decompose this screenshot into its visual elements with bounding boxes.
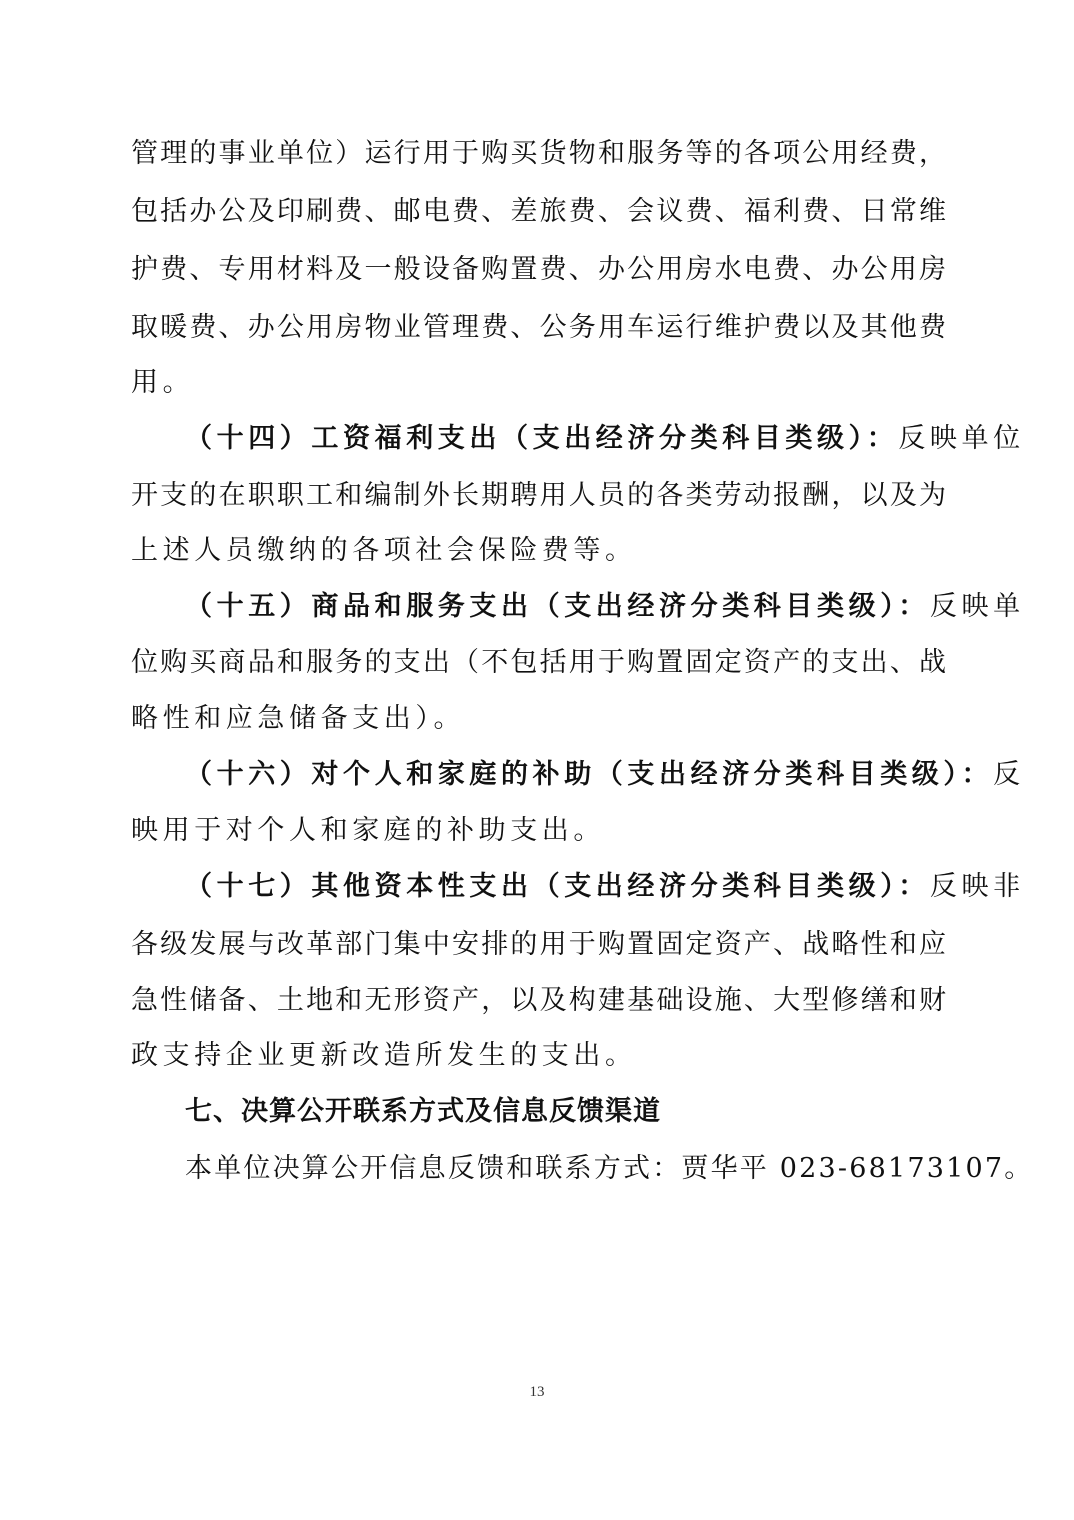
item-14-text: 反映单位 bbox=[898, 423, 1024, 454]
item-17-title: （十七）其他资本性支出（支出经济分类科目类级）： bbox=[185, 871, 930, 902]
document-page: 管理的事业单位）运行用于购买货物和服务等的各项公用经费， 包括办公及印刷费、邮电… bbox=[0, 0, 1074, 1520]
paragraph-line: 位购买商品和服务的支出（不包括用于购置固定资产的支出、战 bbox=[131, 643, 946, 683]
item-15-text: 反映单 bbox=[930, 591, 1025, 622]
item-16-text: 反 bbox=[993, 759, 1025, 790]
paragraph-line: 包括办公及印刷费、邮电费、差旅费、会议费、福利费、日常维 bbox=[131, 192, 946, 232]
item-17-first-line: （十七）其他资本性支出（支出经济分类科目类级）：反映非 bbox=[185, 867, 946, 907]
paragraph-line: 政支持企业更新改造所发生的支出。 bbox=[131, 1036, 946, 1076]
item-16-first-line: （十六）对个人和家庭的补助（支出经济分类科目类级）：反 bbox=[185, 755, 946, 795]
paragraph-line: 上述人员缴纳的各项社会保险费等。 bbox=[131, 531, 946, 571]
paragraph-line: 用。 bbox=[131, 363, 946, 403]
paragraph-line: 急性储备、土地和无形资产，以及构建基础设施、大型修缮和财 bbox=[131, 981, 946, 1021]
item-14-title: （十四）工资福利支出（支出经济分类科目类级）： bbox=[185, 423, 898, 454]
paragraph-line: 开支的在职职工和编制外长期聘用人员的各类劳动报酬，以及为 bbox=[131, 476, 946, 516]
item-14-first-line: （十四）工资福利支出（支出经济分类科目类级）：反映单位 bbox=[185, 419, 946, 459]
item-15-title: （十五）商品和服务支出（支出经济分类科目类级）： bbox=[185, 591, 930, 622]
paragraph-line: 映用于对个人和家庭的补助支出。 bbox=[131, 811, 946, 851]
paragraph-line: 取暖费、办公用房物业管理费、公务用车运行维护费以及其他费 bbox=[131, 308, 946, 348]
item-16-title: （十六）对个人和家庭的补助（支出经济分类科目类级）： bbox=[185, 759, 993, 790]
item-15-first-line: （十五）商品和服务支出（支出经济分类科目类级）：反映单 bbox=[185, 587, 946, 627]
paragraph-line: 管理的事业单位）运行用于购买货物和服务等的各项公用经费， bbox=[131, 134, 946, 174]
paragraph-line: 略性和应急储备支出）。 bbox=[131, 699, 946, 739]
item-17-text: 反映非 bbox=[930, 871, 1025, 902]
contact-info: 本单位决算公开信息反馈和联系方式：贾华平 023-68173107。 bbox=[185, 1149, 946, 1189]
paragraph-line: 护费、专用材料及一般设备购置费、办公用房水电费、办公用房 bbox=[131, 250, 946, 290]
paragraph-line: 各级发展与改革部门集中安排的用于购置固定资产、战略性和应 bbox=[131, 925, 946, 965]
page-number: 13 bbox=[0, 1384, 1074, 1401]
section-heading: 七、决算公开联系方式及信息反馈渠道 bbox=[185, 1092, 946, 1132]
